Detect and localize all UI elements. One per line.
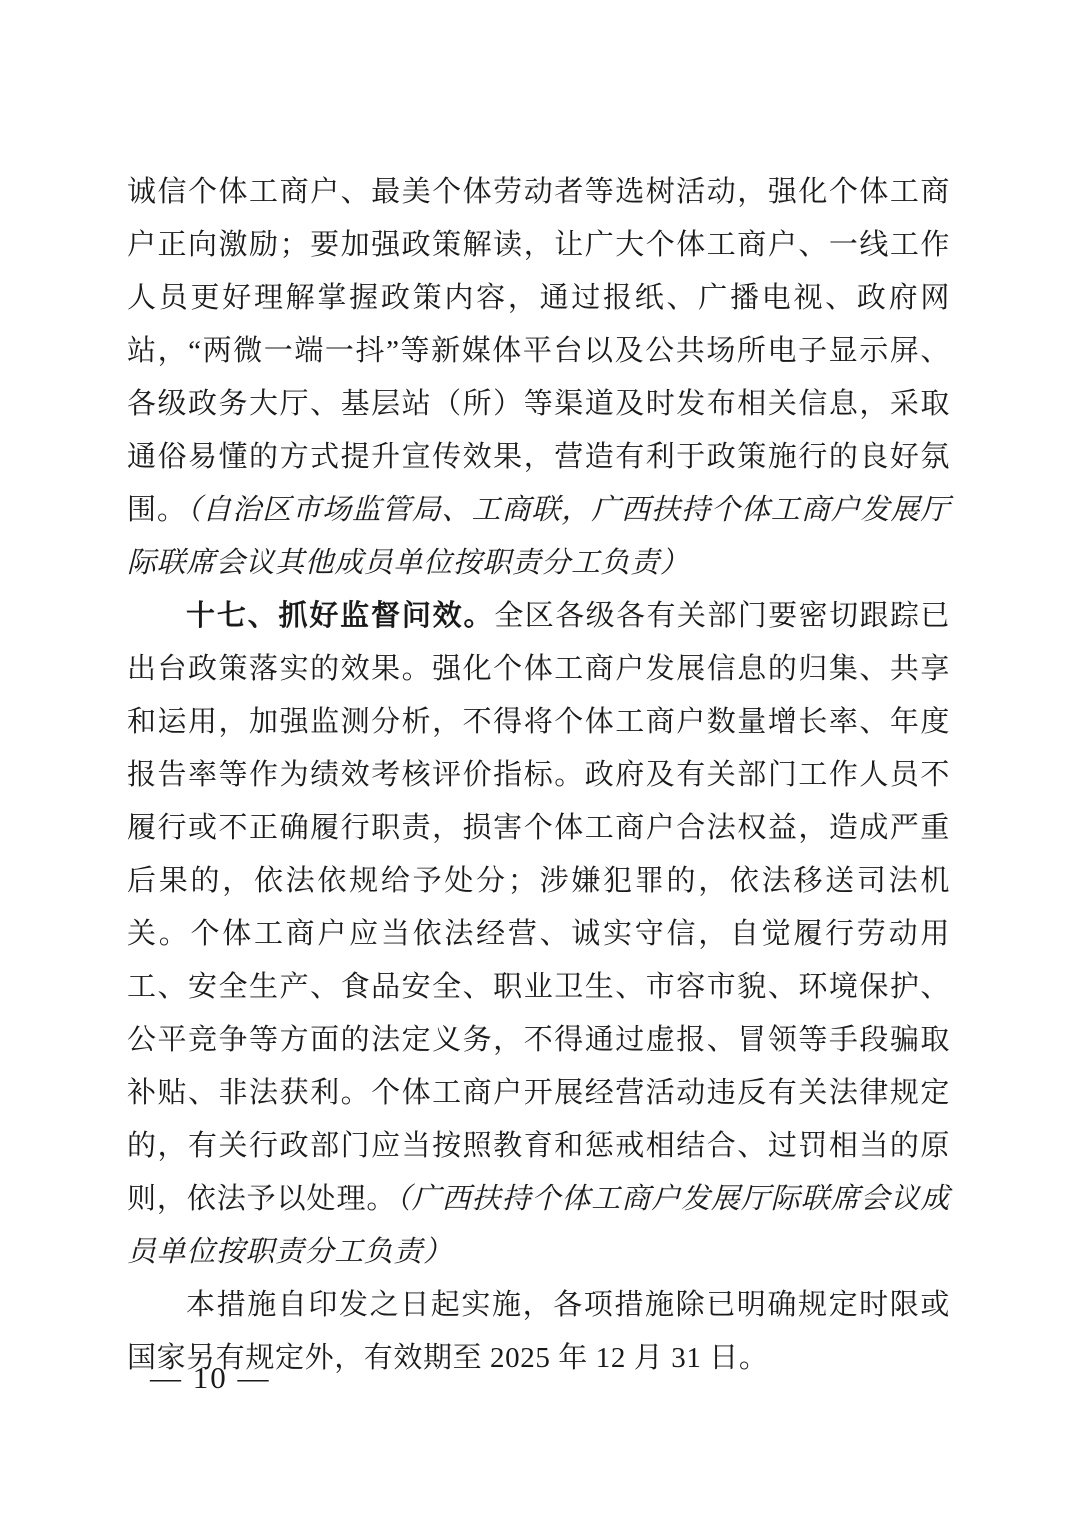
document-page: 诚信个体工商户、最美个体劳动者等选树活动，强化个体工商户正向激励；要加强政策解读… [0,0,1074,1520]
section-17-heading: 十七、抓好监督问效。 [186,600,494,632]
paragraph-section-17: 十七、抓好监督问效。全区各级各有关部门要密切跟踪已出台政策落实的效果。强化个体工… [127,590,950,1279]
paragraph-publicity-text: 诚信个体工商户、最美个体劳动者等选树活动，强化个体工商户正向激励；要加强政策解读… [127,176,950,526]
section-17-text: 全区各级各有关部门要密切跟踪已出台政策落实的效果。强化个体工商户发展信息的归集、… [127,600,950,1215]
paragraph-publicity: 诚信个体工商户、最美个体劳动者等选树活动，强化个体工商户正向激励；要加强政策解读… [127,166,950,590]
paragraph-publicity-attribution: （自治区市场监管局、工商联，广西扶持个体工商户发展厅际联席会议其他成员单位按职责… [127,494,950,579]
page-number: — 10 — [150,1358,271,1398]
document-body: 诚信个体工商户、最美个体劳动者等选树活动，强化个体工商户正向激励；要加强政策解读… [127,166,950,1385]
